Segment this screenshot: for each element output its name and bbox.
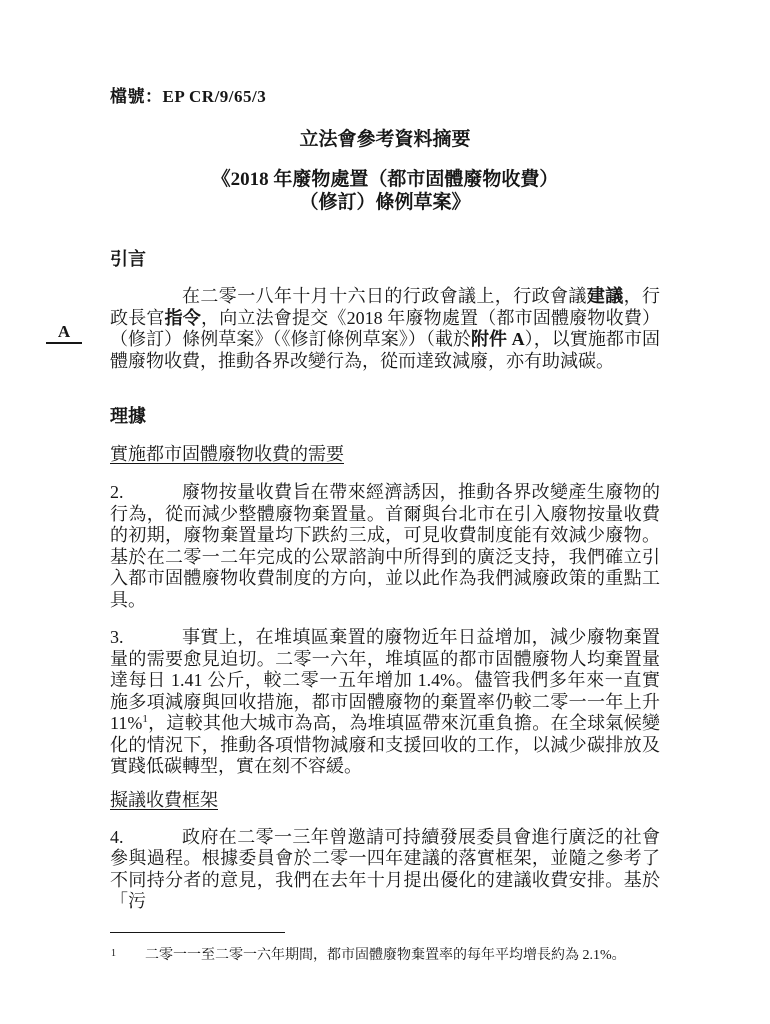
footnote-1-marker: 1 xyxy=(111,944,116,963)
footnote-separator xyxy=(110,932,285,933)
annex-margin-marker: A xyxy=(46,322,82,344)
paragraph-3: 3. 事實上，在堆填區棄置的廢物近年日益增加，減少廢物棄置量的需要愈見迫切。二零… xyxy=(110,627,660,778)
paragraph-4-number: 4. xyxy=(110,827,124,849)
subheading-need-for-msw-charging: 實施都市固體廢物收費的需要 xyxy=(110,443,660,465)
paragraph-2: 2. 廢物按量收費旨在帶來經濟誘因，推動各界改變產生廢物的行為，從而減少整體廢物… xyxy=(110,482,660,611)
footnote-1: 1 二零一一至二零一六年期間，都市固體廢物棄置率的每年平均增長約為 2.1%。 xyxy=(110,946,660,965)
paragraph-1: 在二零一八年十月十六日的行政會議上，行政會議建議，行政長官指令，向立法會提交《2… xyxy=(110,286,660,372)
paragraph-4-text: 政府在二零一三年曾邀請可持續發展委員會進行廣泛的社會參與過程。根據委員會於二零一… xyxy=(110,827,660,913)
paragraph-2-number: 2. xyxy=(110,482,124,504)
subheading-proposed-charging-framework: 擬議收費框架 xyxy=(110,789,660,811)
bill-title-line1: 《2018 年廢物處置（都市固體廢物收費） xyxy=(110,168,660,191)
document-title: 立法會參考資料摘要 xyxy=(110,128,660,152)
document-content: 檔號：EP CR/9/65/3 立法會參考資料摘要 《2018 年廢物處置（都市… xyxy=(110,86,660,965)
document-page: A 檔號：EP CR/9/65/3 立法會參考資料摘要 《2018 年廢物處置（… xyxy=(0,0,770,1024)
paragraph-2-text: 廢物按量收費旨在帶來經濟誘因，推動各界改變產生廢物的行為，從而減少整體廢物棄置量… xyxy=(110,482,660,611)
footnote-1-text: 二零一一至二零一六年期間，都市固體廢物棄置率的每年平均增長約為 2.1%。 xyxy=(145,948,626,963)
bill-title-line2: （修訂）條例草案》 xyxy=(110,191,660,214)
paragraph-3-number: 3. xyxy=(110,627,124,649)
paragraph-4: 4. 政府在二零一三年曾邀請可持續發展委員會進行廣泛的社會參與過程。根據委員會於… xyxy=(110,827,660,913)
file-reference: 檔號：EP CR/9/65/3 xyxy=(110,86,660,108)
paragraph-3-text: 事實上，在堆填區棄置的廢物近年日益增加，減少廢物棄置量的需要愈見迫切。二零一六年… xyxy=(110,627,660,778)
section-heading-justification: 理據 xyxy=(110,405,660,427)
section-heading-introduction: 引言 xyxy=(110,248,660,270)
paragraph-1-text: 在二零一八年十月十六日的行政會議上，行政會議建議，行政長官指令，向立法會提交《2… xyxy=(110,286,660,372)
bill-title: 《2018 年廢物處置（都市固體廢物收費） （修訂）條例草案》 xyxy=(110,168,660,214)
